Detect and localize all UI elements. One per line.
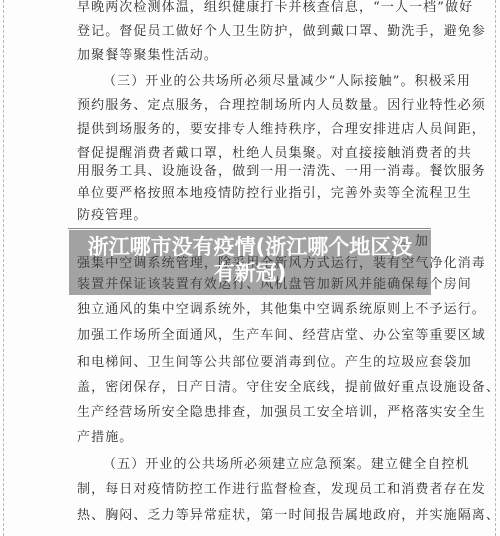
- banner-title: 浙江哪市没有疫情(浙江哪个地区没 有新冠): [69, 234, 431, 286]
- paragraph-line: 预约服务、定点服务，合理控制场所内人员数量。因行业特性必须: [77, 98, 429, 114]
- paragraph-line: 产措施。: [77, 430, 133, 446]
- page-left-edge: [3, 0, 4, 536]
- paragraph-line: 早晚两次检测体温，组织健康打卡并核查信息，“一人一档”做好: [77, 0, 429, 16]
- paragraph-line: 登记。督促员工做好个人卫生防护，做到戴口罩、勤洗手，避免参: [77, 24, 429, 40]
- divider-line: [68, 228, 431, 229]
- paragraph-line: 督促提醒消费者戴口罩，杜绝人员集聚。对直接接触消费者的共: [77, 146, 429, 162]
- paragraph-line: 提供到场服务的，要安排专人维持秩序，合理安排进店人员间距，: [77, 122, 429, 138]
- paragraph-line: 加强工作场所全面通风，生产车间、经营店堂、办公室等重要区域: [77, 328, 429, 344]
- scanned-document-page: 早晚两次检测体温，组织健康打卡并核查信息，“一人一档”做好 登记。督促员工做好个…: [0, 0, 500, 536]
- paragraph-line: 加聚餐等聚集性活动。: [77, 48, 218, 64]
- paragraph-line: 制，每日对疫情防控工作进行监督检查，发现员工和消费者存在发: [77, 482, 429, 498]
- paragraph-line: 防疫管理。: [77, 208, 148, 224]
- paragraph-line: 热、胸闷、乏力等异常症状，第一时间报告属地政府，并实施隔离、: [77, 508, 429, 524]
- section-5-heading: （五）开业的公共场所必须建立应急预案。建立健全自控机: [103, 457, 429, 473]
- paragraph-line: 单位要严格按照本地疫情防控行业指引，完善外卖等全流程卫生: [77, 186, 429, 202]
- banner-title-line-1: 浙江哪市没有疫情(浙江哪个地区没: [69, 234, 431, 260]
- paragraph-line: 和电梯间、卫生间等公共部位要消毒到位。产生的垃圾应套袋加: [77, 355, 429, 371]
- title-banner: 。加 强集中空调系统管理，除采用全新风方式运行，装有空气净化消毒 装置并保证该装…: [69, 230, 431, 295]
- paragraph-line: 独立通风的集中空调系统外，其他集中空调系统原则上不予运行。: [77, 302, 429, 318]
- banner-title-line-2: 有新冠): [69, 260, 431, 286]
- paragraph-line: 生产经营场所安全隐患排查，加强员工安全培训，严格落实安全生: [77, 405, 429, 421]
- page-right-edge: [495, 0, 496, 536]
- section-3-heading: （三）开业的公共场所必须尽量减少“人际接触”。积极采用: [103, 74, 429, 90]
- paragraph-line: 盖，密闭保存，日产日清。守住安全底线，提前做好重点设施设备、: [77, 380, 429, 396]
- paragraph-line: 用服务工具、设施设备，做到一用一清洗、一用一消毒。餐饮服务: [77, 164, 429, 180]
